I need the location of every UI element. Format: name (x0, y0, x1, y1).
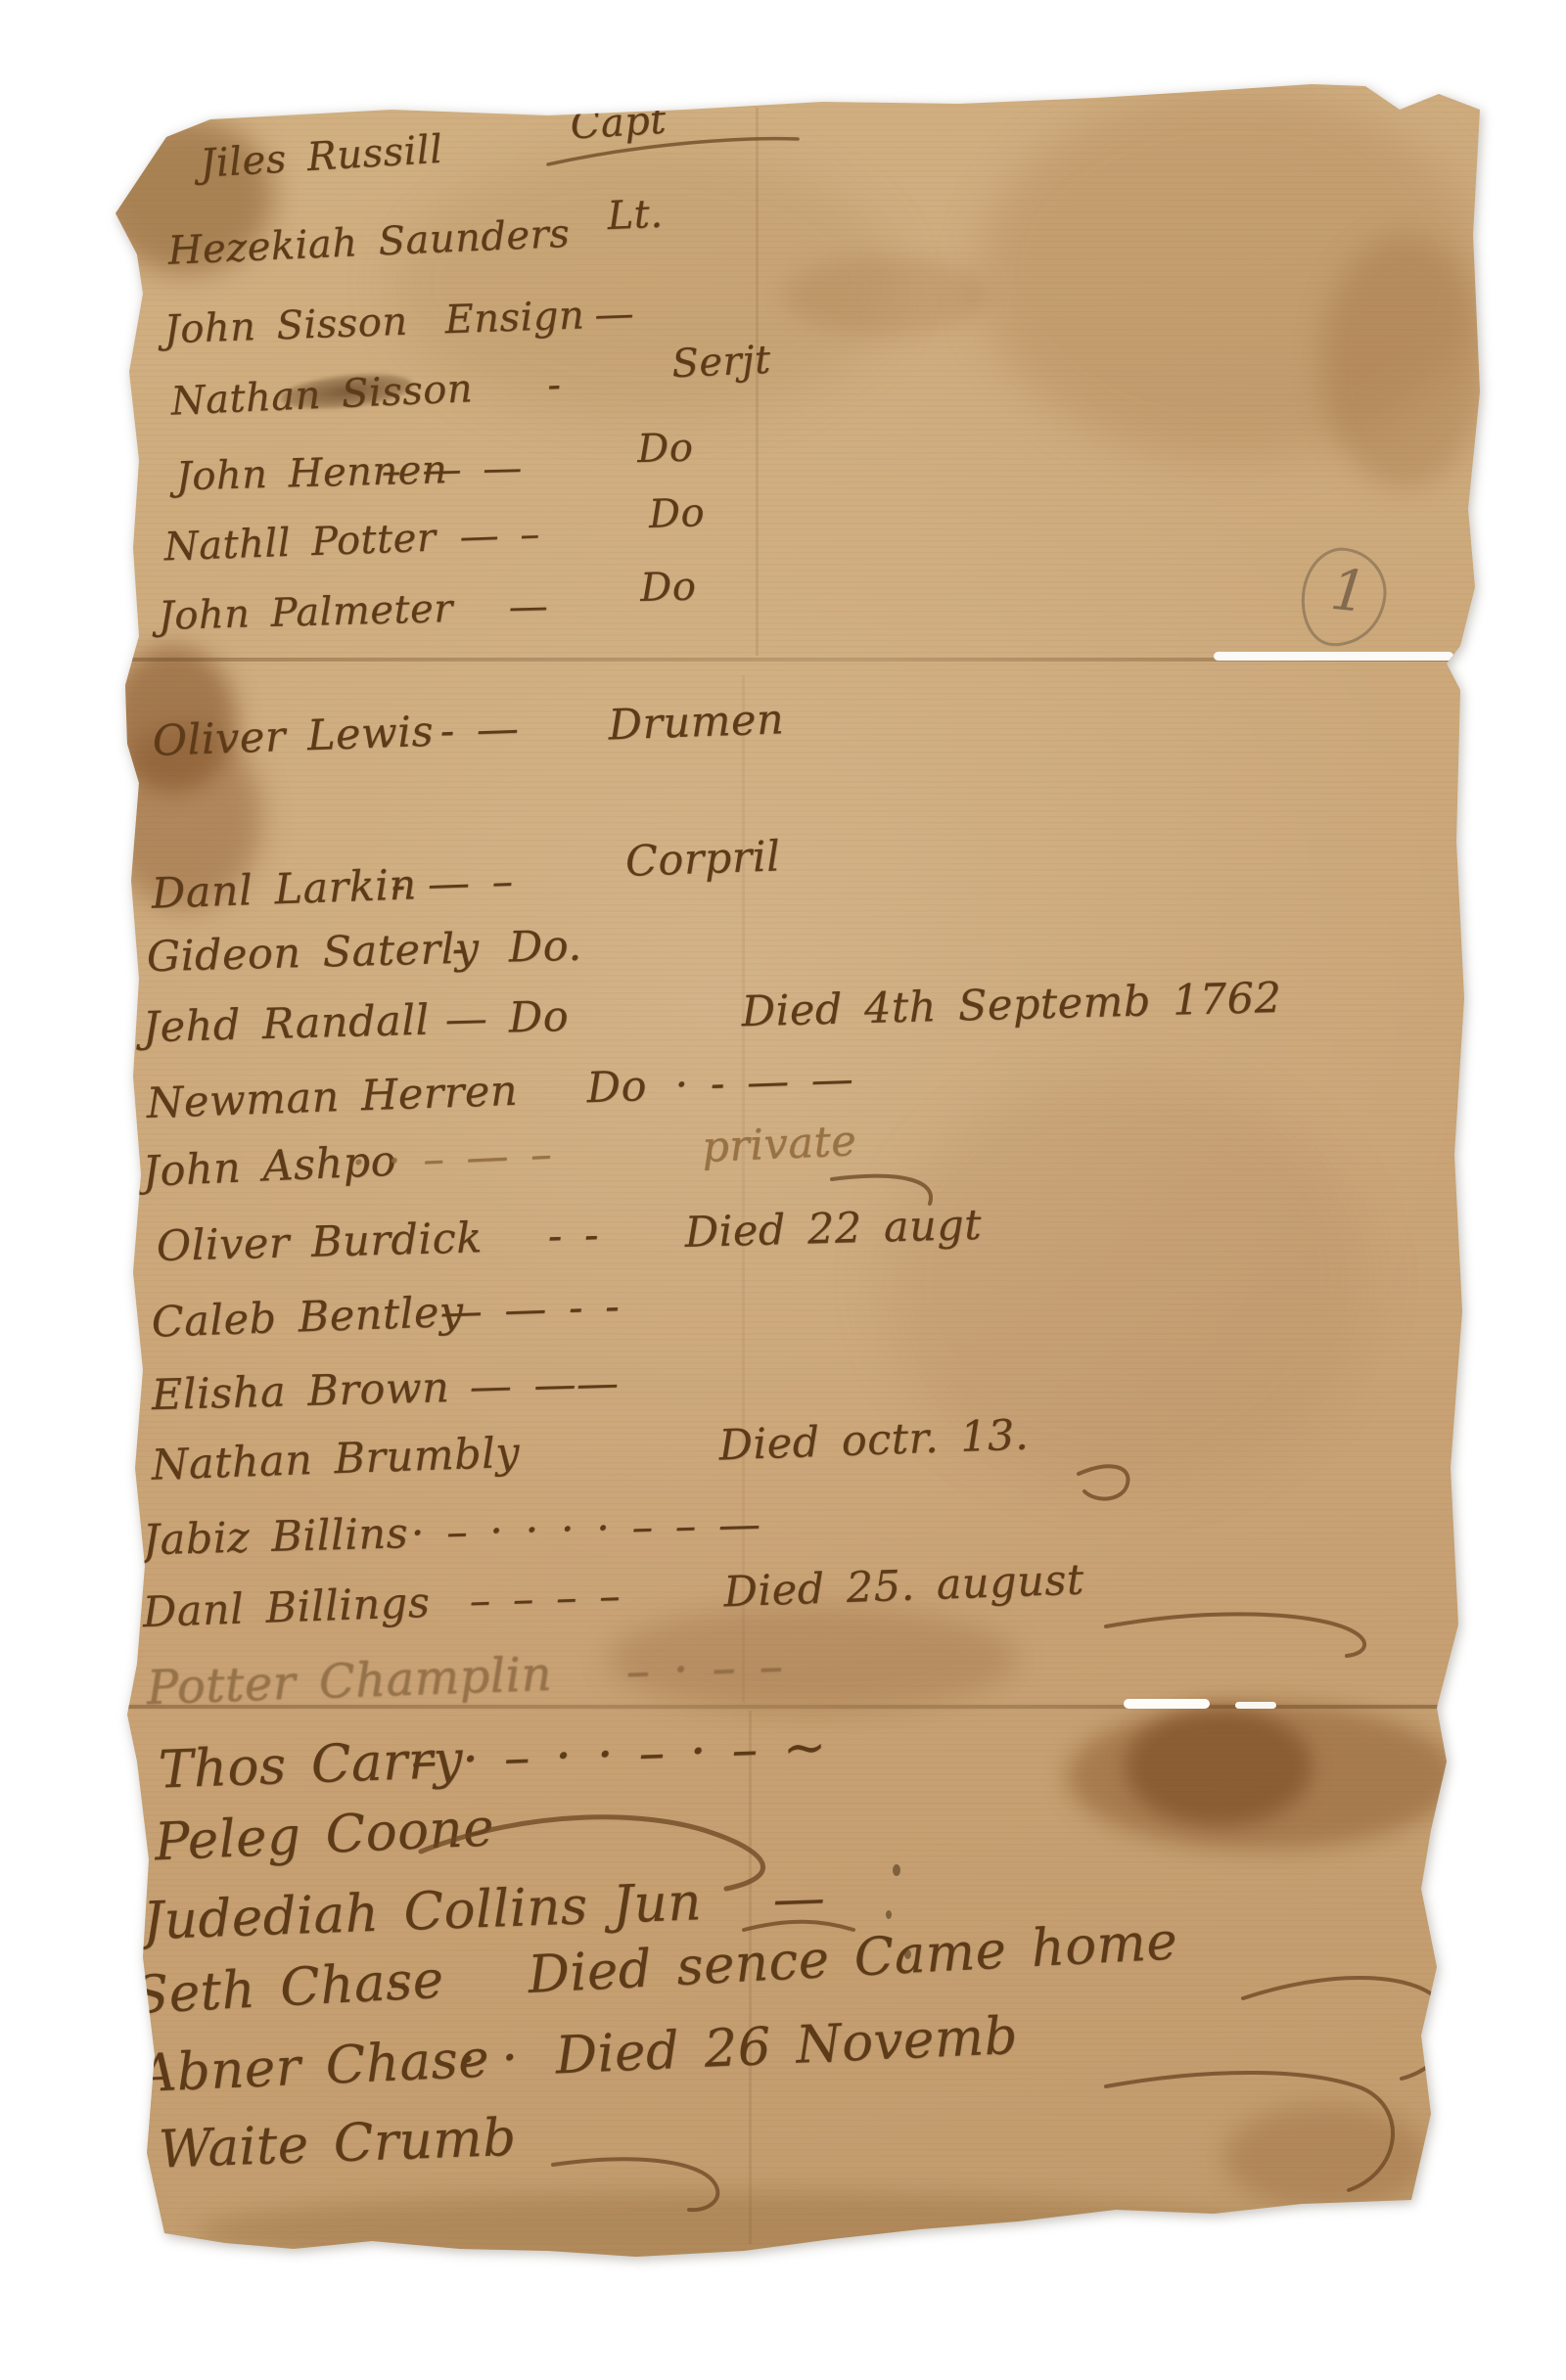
entry-dashes: — (594, 292, 635, 338)
entry-name: Caleb Bentley (151, 1288, 465, 1348)
entry-dashes: — —— (469, 1359, 620, 1412)
entry-dashes: — (444, 994, 488, 1044)
entry-name: Jabiz Billins (142, 1509, 409, 1565)
entry-name: Nathll Potter (163, 516, 437, 571)
fold-gap (1214, 652, 1453, 661)
entry-name: Oliver Lewis (152, 708, 435, 766)
entry-dashes: – – – – (469, 1572, 622, 1625)
manuscript-wrapper: 1 Jiles Russill Capt Hezekiah Saunders L… (0, 0, 1566, 2380)
entry-rank: Do (640, 565, 697, 611)
stain (196, 2192, 1272, 2270)
entry-rank: Do (508, 992, 570, 1043)
entry-rank: Capt (569, 98, 668, 149)
entry-name: Danl Larkin (151, 860, 418, 918)
entry-rank: Corpril (624, 832, 781, 886)
entry-rank: Do. (508, 922, 582, 973)
entry-dashes: · · (458, 2028, 520, 2090)
entry-dashes: - (546, 362, 562, 408)
entry-death-note: Died 22 augt (684, 1201, 983, 1258)
entry-dashes: – · – – (625, 1638, 784, 1699)
entry-dashes: — (772, 1868, 827, 1930)
scan-area: 1 Jiles Russill Capt Hezekiah Saunders L… (0, 0, 1566, 2380)
entry-death-note: Died octr. 13. (718, 1411, 1030, 1471)
entry-name: Elisha Brown (151, 1363, 450, 1420)
entry-rank: Do (586, 1062, 648, 1113)
entry-dashes: – — — (381, 445, 523, 494)
entry-name: Waite Crumb (158, 2108, 518, 2180)
entry-dashes: — (508, 583, 549, 629)
entry-rank: Do (637, 426, 694, 472)
entry-dashes: - (388, 1952, 409, 2013)
entry-dashes: - — (439, 705, 520, 756)
entry-name: John Palmeter (158, 586, 453, 639)
entry-rank: Ensign (444, 293, 585, 343)
entry-rank: private (701, 1117, 857, 1172)
entry-name: Jehd Randall (142, 996, 430, 1053)
entry-rank: Do (648, 490, 706, 537)
entry-name: Danl Billings (142, 1579, 431, 1637)
entry-dashes: · · – — – (350, 1130, 553, 1188)
entry-name: John Sisson (163, 299, 408, 353)
scan-background: { "page": { "pencil_annotation": "1", "e… (0, 0, 1566, 2380)
entry-rank: Serjt (670, 338, 771, 387)
entry-dashes: · - — — (674, 1055, 854, 1110)
entry-dashes: — – (459, 512, 541, 560)
entry-dashes: - - (547, 1211, 600, 1260)
entry-dashes: · – · · · · – – — (410, 1500, 761, 1558)
entry-rank: Drumen (608, 695, 785, 750)
entry-name: Gideon Saterly (146, 924, 480, 982)
manuscript-page: 1 Jiles Russill Capt Hezekiah Saunders L… (0, 0, 1566, 2380)
entry-dashes: — — - - (439, 1282, 621, 1337)
entry-rank: Lt. (607, 192, 665, 239)
entry-dashes: - — – (391, 857, 515, 910)
entry-name: Oliver Burdick (156, 1213, 483, 1271)
entry-dashes: - (451, 925, 467, 974)
